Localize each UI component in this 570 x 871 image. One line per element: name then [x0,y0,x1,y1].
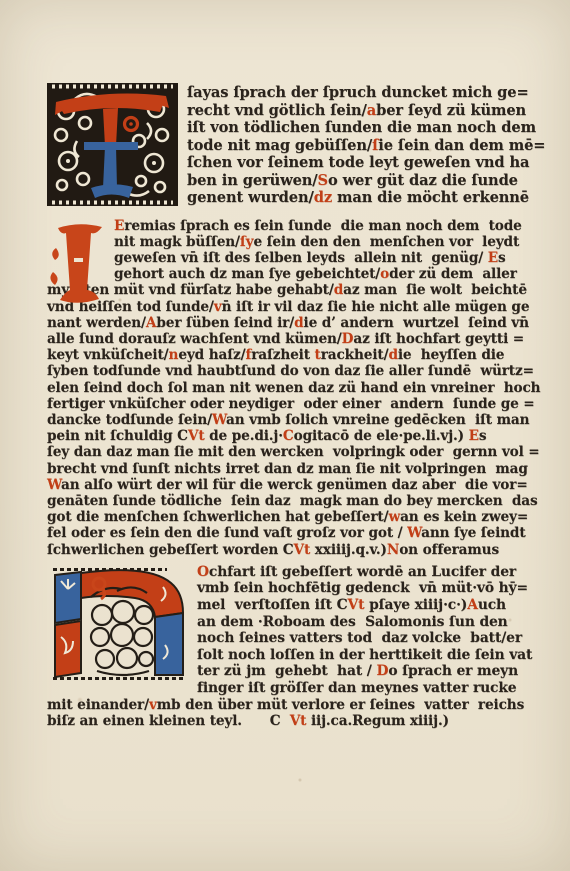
text-line: nit magk büſſen/ſye ſein den den menſche… [47,234,529,250]
text-line: genāten ſunde tödliche ſein daz magk man… [47,493,529,509]
rubricated-letter: N [387,542,399,558]
rubricated-letter: n [169,347,179,363]
rubricated-letter: v [214,299,222,315]
text-line: genent wurden/dz man die möcht erkennē [187,189,545,207]
text-block: ſayas ſprach der ſpruch duncket mich ge=… [47,83,529,730]
text-line: tode nit mag gebüſſen/ſie ſein dan dem m… [187,137,545,155]
text-line: vmb ſein hochfētig gedenck vn̄ müt·vō hȳ… [197,580,532,597]
rubricated-letter: o [380,266,389,282]
text-line: biſz an einen kleinen teyl. C Vt iij.ca.… [47,713,529,730]
rubricated-letter: D [376,663,388,679]
rubricated-letter: ſ [372,137,378,154]
text-line: recht vnd götlich ſein/aber ſeyd zü küme… [187,102,545,120]
text-line: ben in gerüwen/So wer güt daz die ſunde [187,172,545,190]
rubricated-letter: C [283,428,294,444]
text-line: mel verſtoſſen iſt CVt pſaye xiiij·c·)Au… [197,597,532,614]
paragraph-2: Eremias ſprach es ſein ſunde die man noc… [47,218,529,558]
text-line: mynſten müt vnd fürſatz habe gehabt/daz … [47,282,529,298]
paragraph-3: Ochfart iſt gebeſſert wordē an Lucifer d… [47,563,529,697]
text-line: ſolt noch loſſen in der herttikeit die ſ… [197,647,532,664]
text-line: finger iſt gröſſer dan meynes vatter ruc… [197,680,532,697]
rubricated-letter: d [294,315,303,331]
text-line: elen ſeind doch ſol man nit wenen daz zü… [47,380,529,396]
text-line: Wan alſo würt der wil für die werck genü… [47,477,529,493]
rubricated-letter: v [149,697,157,713]
text-line: ſchwerlichen gebeſſert worden CVt xxiiij… [47,542,529,558]
rubricated-letter: A [146,315,156,331]
rubricated-letter: t [315,347,321,363]
paragraph-1-lines: ſayas ſprach der ſpruch duncket mich ge=… [187,84,545,207]
rubricated-letter: d [334,282,343,298]
text-line: fel oder es ſein den die ſund vaſt groſz… [47,525,529,541]
rubricated-letter: Vt [294,542,311,558]
rubricated-letter: E [488,250,498,266]
paragraph-2-indented-lines: Eremias ſprach es ſein ſunde die man noc… [47,218,529,283]
text-line: noch ſeines vatters tod daz volcke batt/… [197,630,532,647]
text-line: mit einander/vmb den über müt verlore er… [47,697,529,714]
text-line: ſayas ſprach der ſpruch duncket mich ge= [187,84,545,102]
rubricated-letter: E [114,218,124,234]
rubricated-letter: Vt [348,597,365,613]
text-line: an dem ·Roboam des Salomonis ſun den [197,614,532,631]
decorated-initial-I-woodcut [47,83,178,206]
text-line: ſchen vor ſeinem tode leyt geweſen vnd h… [187,154,545,172]
text-line: vnd heiſſen tod ſunde/vn̄ iſt ir vil daz… [47,299,529,315]
decorated-initial-H-woodcut [47,567,189,681]
rubricated-letter: D [342,331,354,347]
paragraph-2-full-lines: mynſten müt vnd fürſatz habe gehabt/daz … [47,282,529,557]
text-line: Ochfart iſt gebeſſert wordē an Lucifer d… [197,564,532,581]
rubricated-letter: E [469,428,479,444]
text-line: fertiger vnküſcher oder neydiger oder ei… [47,396,529,412]
rubricated-letter: dz [314,189,332,206]
text-line: ter zü jm gehebt hat / Do ſprach er meyn [197,663,532,680]
text-line: ſyben todſunde vnd haubtſund do von daz … [47,363,529,379]
rubricated-letter: w [388,509,400,525]
rubricated-letter: W [212,412,226,428]
text-line: brecht vnd ſunſt nichts irret dan dz man… [47,461,529,477]
rubricated-letter: S [318,172,328,189]
paragraph-3-full-lines: mit einander/vmb den über müt verlore er… [47,697,529,730]
rubricated-letter: f [245,347,251,363]
text-line: got die menſchen ſchwerlichen hat gebeſſ… [47,509,529,525]
paragraph-1: ſayas ſprach der ſpruch duncket mich ge=… [47,83,529,207]
rubricated-letter: d [388,347,397,363]
rubricated-letter: W [47,477,61,493]
rubricated-letter: A [467,597,478,613]
rubricated-letter: W [407,525,421,541]
rubricated-letter: a [367,102,376,119]
text-line: Eremias ſprach es ſein ſunde die man noc… [47,218,529,234]
text-line: geweſen vn̄ iſt des ſelben leyds allein … [47,250,529,266]
text-line: alle ſund dorauſz wachſent vnd kümen/Daz… [47,331,529,347]
text-line: ſey dan daz man ſie mit den wercken volp… [47,444,529,460]
text-line: pein nit ſchuldig CVt de pe.di.j·Cogitac… [47,428,529,444]
text-line: dancke todſunde ſein/Wan vmb ſolich vnre… [47,412,529,428]
text-line: gehort auch dz man ſye gebeichtet/oder z… [47,266,529,282]
incunable-page: ſayas ſprach der ſpruch duncket mich ge=… [0,0,570,871]
lombard-initial-I-red [50,220,108,306]
rubricated-letter: Vt [290,713,307,729]
rubricated-letter: O [197,564,209,580]
rubricated-letter: ſy [240,234,254,250]
text-line: nant werden/Aber ſüben ſeind ir/die d’ a… [47,315,529,331]
text-line: keyt vnküſcheit/neyd haſz/fraſzheit trac… [47,347,529,363]
text-line: iſt von tödlichen ſunden die man noch de… [187,119,545,137]
paragraph-3-lines: Ochfart iſt gebeſſert wordē an Lucifer d… [197,564,532,697]
rubricated-letter: Vt [188,428,205,444]
